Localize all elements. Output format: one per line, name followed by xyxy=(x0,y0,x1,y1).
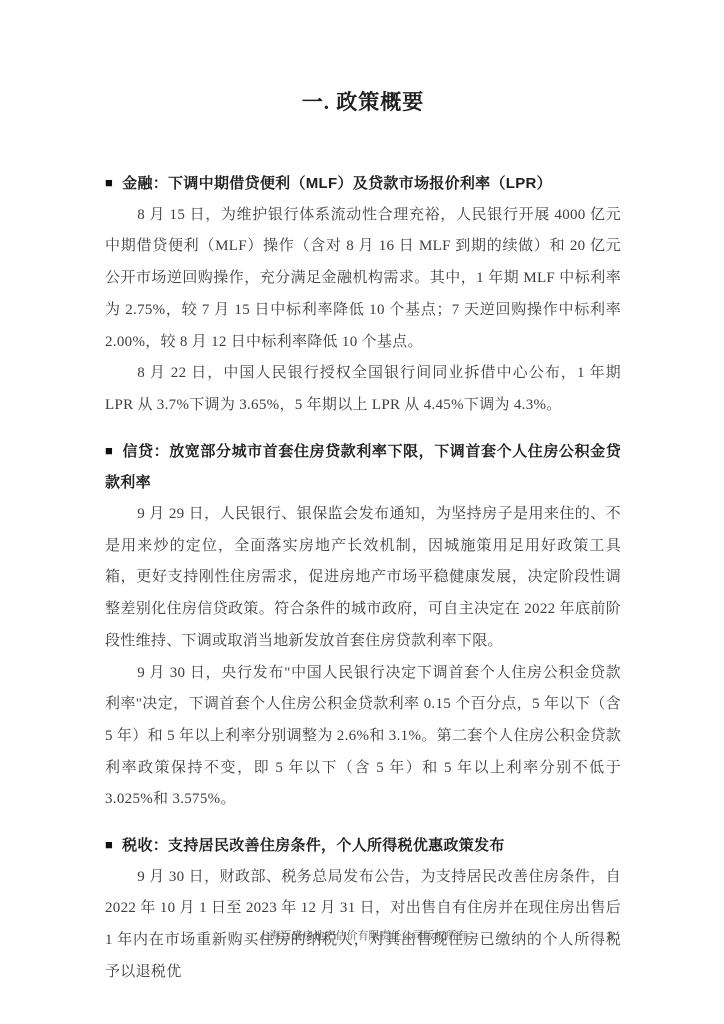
body-paragraph: 9 月 30 日，央行发布"中国人民银行决定下调首套个人住房公积金贷款利率"决定… xyxy=(105,658,621,817)
document-content: 一. 政策概要 ■金融：下调中期借贷便利（MLF）及贷款市场报价利率（LPR） … xyxy=(105,0,621,989)
body-paragraph: 8 月 15 日，为维护银行体系流动性合理充裕，人民银行开展 4000 亿元中期… xyxy=(105,200,621,359)
section-credit: ■信贷：放宽部分城市首套住房贷款利率下限，下调首套个人住房公积金贷款利率 9 月… xyxy=(105,436,621,816)
square-bullet-icon: ■ xyxy=(105,435,113,467)
body-paragraph: 8 月 22 日，中国人民银行授权全国银行间同业拆借中心公布，1 年期 LPR … xyxy=(105,358,621,421)
body-paragraph: 9 月 30 日，财政部、税务总局发布公告，为支持居民改善住房条件，自 2022… xyxy=(105,862,621,989)
section-finance: ■金融：下调中期借贷便利（MLF）及贷款市场报价利率（LPR） 8 月 15 日… xyxy=(105,168,621,422)
page-footer: 上海百盛房地产估价有限责任公司版权所有 3 xyxy=(105,928,621,944)
page-title: 一. 政策概要 xyxy=(105,86,621,118)
section-heading: ■金融：下调中期借贷便利（MLF）及贷款市场报价利率（LPR） xyxy=(105,168,621,200)
section-heading: ■税收：支持居民改善住房条件，个人所得税优惠政策发布 xyxy=(105,830,621,862)
section-heading-text: 税收：支持居民改善住房条件，个人所得税优惠政策发布 xyxy=(122,837,505,854)
section-heading: ■信贷：放宽部分城市首套住房贷款利率下限，下调首套个人住房公积金贷款利率 xyxy=(105,436,621,499)
body-paragraph: 9 月 29 日，人民银行、银保监会发布通知，为坚持房子是用来住的、不是用来炒的… xyxy=(105,499,621,658)
section-heading-text: 金融：下调中期借贷便利（MLF）及贷款市场报价利率（LPR） xyxy=(122,175,552,192)
square-bullet-icon: ■ xyxy=(105,167,113,199)
section-heading-text: 信贷：放宽部分城市首套住房贷款利率下限，下调首套个人住房公积金贷款利率 xyxy=(105,443,621,492)
document-page: 一. 政策概要 ■金融：下调中期借贷便利（MLF）及贷款市场报价利率（LPR） … xyxy=(0,0,724,1024)
page-number: 3 xyxy=(607,928,613,944)
footer-copyright: 上海百盛房地产估价有限责任公司版权所有 xyxy=(105,928,621,944)
square-bullet-icon: ■ xyxy=(105,829,113,861)
section-tax: ■税收：支持居民改善住房条件，个人所得税优惠政策发布 9 月 30 日，财政部、… xyxy=(105,830,621,989)
